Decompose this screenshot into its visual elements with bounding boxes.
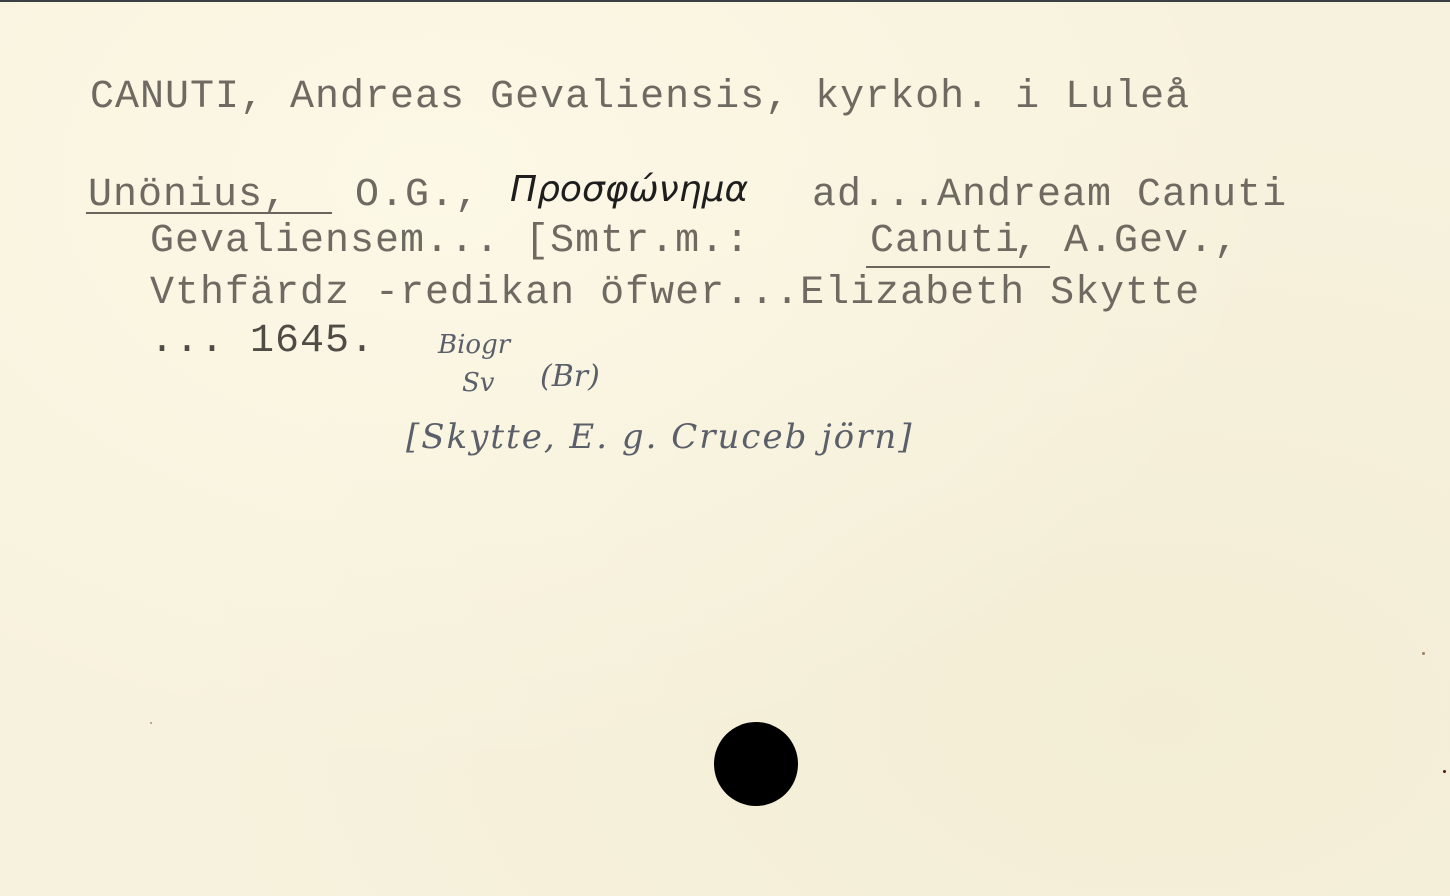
annotation-bracket-note: [Skytte, E. g. Cruceb jörn] xyxy=(406,420,914,454)
entry-greek-title: Προσφώνημα xyxy=(510,172,748,208)
annotation-br: (Br) xyxy=(540,362,600,392)
punch-hole xyxy=(714,722,798,806)
annotation-biogr: Biogr xyxy=(438,332,510,358)
entry-author: Unönius, xyxy=(88,176,288,216)
entry-cross-reference: Canuti xyxy=(870,222,1020,262)
paper-speck xyxy=(1443,770,1446,773)
entry-initials: O.G., xyxy=(330,176,480,216)
author-underline xyxy=(86,212,332,214)
card-top-edge xyxy=(0,0,1450,2)
paper-speck xyxy=(1422,652,1425,655)
entry-line3: Vthfärdz -redikan öfwer...Elizabeth Skyt… xyxy=(150,274,1200,314)
entry-line2-a: Gevaliensem... [Smtr.m.: xyxy=(150,222,750,262)
cross-reference-underline xyxy=(866,266,1050,268)
entry-line1-rest: ad...Andream Canuti xyxy=(812,176,1287,216)
catalog-card: CANUTI, Andreas Gevaliensis, kyrkoh. i L… xyxy=(0,0,1450,896)
card-heading: CANUTI, Andreas Gevaliensis, kyrkoh. i L… xyxy=(90,78,1190,118)
paper-speck xyxy=(150,722,152,724)
annotation-sv: Sv xyxy=(462,370,495,396)
entry-line2-b: , A.Gev., xyxy=(1014,222,1239,262)
entry-line4: ... 1645. xyxy=(150,322,375,362)
